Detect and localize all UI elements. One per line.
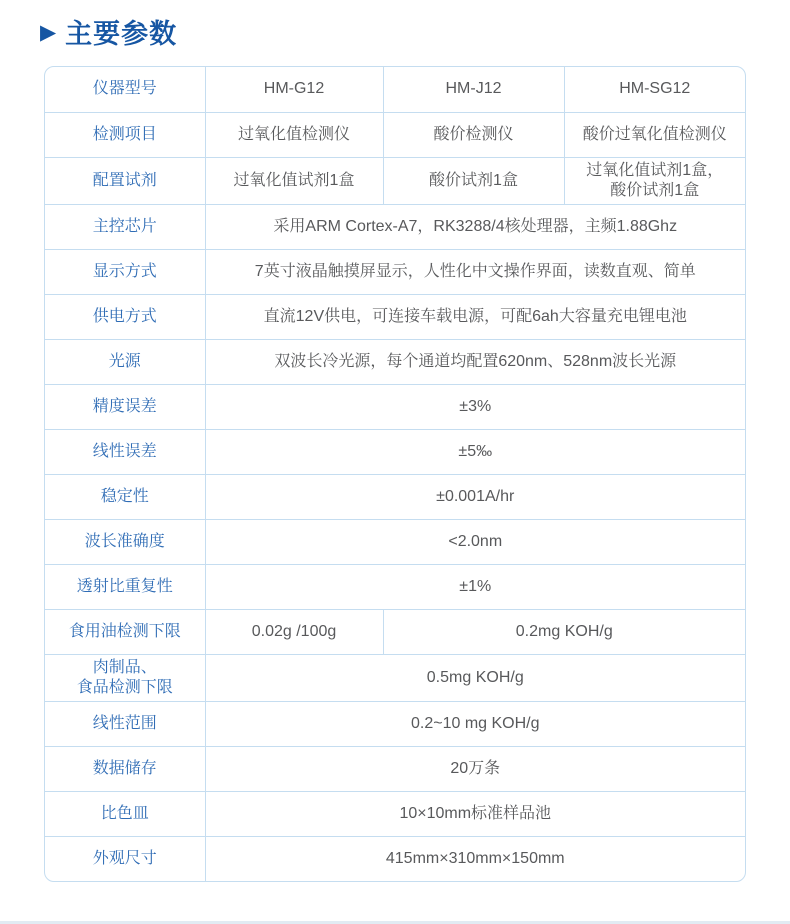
cell-value: 过氧化值试剂1盒 — [205, 157, 383, 204]
page-title: 主要参数 — [65, 12, 177, 51]
triangle-arrow-icon: ▶ — [40, 22, 56, 43]
cell-value: ±5‰ — [205, 429, 745, 474]
table-row-data-storage: 数据储存 20万条 — [45, 746, 745, 791]
cell-value: 酸价过氧化值检测仪 — [564, 112, 745, 157]
row-label: 检测项目 — [45, 112, 205, 157]
cell-value: 7英寸液晶触摸屏显示，人性化中文操作界面，读数直观、简单 — [205, 249, 745, 294]
row-label: 线性误差 — [45, 429, 205, 474]
row-label: 仪器型号 — [45, 67, 205, 112]
table-row-stability: 稳定性 ±0.001A/hr — [45, 474, 745, 519]
cell-value: 酸价检测仪 — [383, 112, 564, 157]
cell-value: HM-SG12 — [564, 67, 745, 112]
row-label: 外观尺寸 — [45, 836, 205, 881]
row-label: 肉制品、 食品检测下限 — [45, 654, 205, 701]
cell-value: ±1% — [205, 564, 745, 609]
cell-value: 415mm×310mm×150mm — [205, 836, 745, 881]
table-row-transmittance-repeatability: 透射比重复性 ±1% — [45, 564, 745, 609]
cell-value: 20万条 — [205, 746, 745, 791]
cell-value: 10×10mm标准样品池 — [205, 791, 745, 836]
row-label: 显示方式 — [45, 249, 205, 294]
table-row-power: 供电方式 直流12V供电，可连接车载电源，可配6ah大容量充电锂电池 — [45, 294, 745, 339]
cell-value: 0.5mg KOH/g — [205, 654, 745, 701]
table-row-detection-item: 检测项目 过氧化值检测仪 酸价检测仪 酸价过氧化值检测仪 — [45, 112, 745, 157]
row-label: 比色皿 — [45, 791, 205, 836]
row-label: 精度误差 — [45, 384, 205, 429]
table-row-cuvette: 比色皿 10×10mm标准样品池 — [45, 791, 745, 836]
table-row-wavelength-accuracy: 波长准确度 <2.0nm — [45, 519, 745, 564]
table-row-linearity-error: 线性误差 ±5‰ — [45, 429, 745, 474]
cell-value: 双波长冷光源，每个通道均配置620nm、528nm波长光源 — [205, 339, 745, 384]
row-label: 食用油检测下限 — [45, 609, 205, 654]
table-row-accuracy-error: 精度误差 ±3% — [45, 384, 745, 429]
section-header: ▶ 主要参数 — [40, 12, 790, 51]
cell-value: 0.2~10 mg KOH/g — [205, 701, 745, 746]
cell-value: ±3% — [205, 384, 745, 429]
table-row-light-source: 光源 双波长冷光源，每个通道均配置620nm、528nm波长光源 — [45, 339, 745, 384]
cell-value: HM-G12 — [205, 67, 383, 112]
row-label: 数据储存 — [45, 746, 205, 791]
cell-value: 过氧化值试剂1盒， 酸价试剂1盒 — [564, 157, 745, 204]
cell-value: 0.2mg KOH/g — [383, 609, 745, 654]
table-row-reagents: 配置试剂 过氧化值试剂1盒 酸价试剂1盒 过氧化值试剂1盒， 酸价试剂1盒 — [45, 157, 745, 204]
table-row-linear-range: 线性范围 0.2~10 mg KOH/g — [45, 701, 745, 746]
row-label: 光源 — [45, 339, 205, 384]
table-row-display: 显示方式 7英寸液晶触摸屏显示，人性化中文操作界面，读数直观、简单 — [45, 249, 745, 294]
cell-value: 酸价试剂1盒 — [383, 157, 564, 204]
cell-value: 过氧化值检测仪 — [205, 112, 383, 157]
cell-value: 采用ARM Cortex-A7，RK3288/4核处理器，主频1.88Ghz — [205, 204, 745, 249]
row-label: 主控芯片 — [45, 204, 205, 249]
row-label: 波长准确度 — [45, 519, 205, 564]
cell-value: HM-J12 — [383, 67, 564, 112]
cell-value: ±0.001A/hr — [205, 474, 745, 519]
cell-value: 直流12V供电，可连接车载电源，可配6ah大容量充电锂电池 — [205, 294, 745, 339]
table-row-dimensions: 外观尺寸 415mm×310mm×150mm — [45, 836, 745, 881]
row-label: 配置试剂 — [45, 157, 205, 204]
row-label: 稳定性 — [45, 474, 205, 519]
table-row-model: 仪器型号 HM-G12 HM-J12 HM-SG12 — [45, 67, 745, 112]
row-label: 供电方式 — [45, 294, 205, 339]
row-label: 透射比重复性 — [45, 564, 205, 609]
table-row-chip: 主控芯片 采用ARM Cortex-A7，RK3288/4核处理器，主频1.88… — [45, 204, 745, 249]
row-label: 线性范围 — [45, 701, 205, 746]
table-row-edible-oil-limit: 食用油检测下限 0.02g /100g 0.2mg KOH/g — [45, 609, 745, 654]
table-row-meat-food-limit: 肉制品、 食品检测下限 0.5mg KOH/g — [45, 654, 745, 701]
spec-table: 仪器型号 HM-G12 HM-J12 HM-SG12 检测项目 过氧化值检测仪 … — [44, 66, 746, 882]
cell-value: <2.0nm — [205, 519, 745, 564]
cell-value: 0.02g /100g — [205, 609, 383, 654]
